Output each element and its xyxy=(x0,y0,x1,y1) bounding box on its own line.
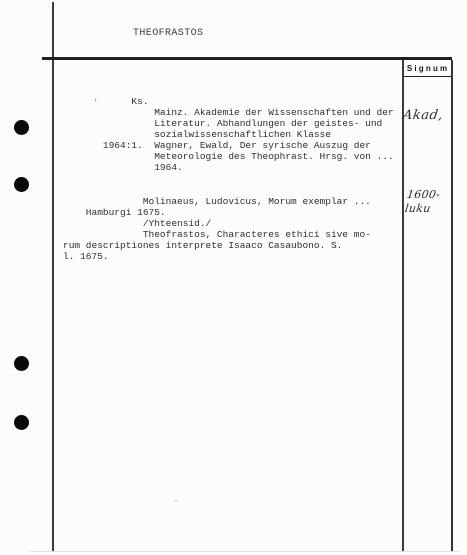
punch-hole xyxy=(14,356,29,371)
page-title: THEOFRASTOS xyxy=(133,28,203,39)
catalog-entry: Ks. Mainz. Akademie der Wissenschaften u… xyxy=(63,96,394,173)
punch-hole xyxy=(14,120,29,135)
stray-mark: ' xyxy=(93,98,98,108)
table-top-rule xyxy=(42,57,452,60)
punch-hole xyxy=(14,177,29,192)
punch-hole xyxy=(14,415,29,430)
signum-header-label: Signum xyxy=(405,64,450,73)
paper-speck xyxy=(175,500,177,502)
catalog-entry: Molinaeus, Ludovicus, Morum exemplar ...… xyxy=(63,196,371,262)
signum-header-box: Signum xyxy=(404,60,451,77)
catalog-card-page: THEOFRASTOS Signum Ks. Mainz. Akademie d… xyxy=(0,0,467,555)
bottom-scan-edge xyxy=(30,551,460,552)
signum-annotation: Akad, xyxy=(402,108,444,123)
left-margin-rule xyxy=(52,2,54,551)
signum-annotation: 1600- luku xyxy=(404,188,441,215)
signum-column-left-border xyxy=(402,60,404,551)
signum-column-right-border xyxy=(451,60,453,551)
